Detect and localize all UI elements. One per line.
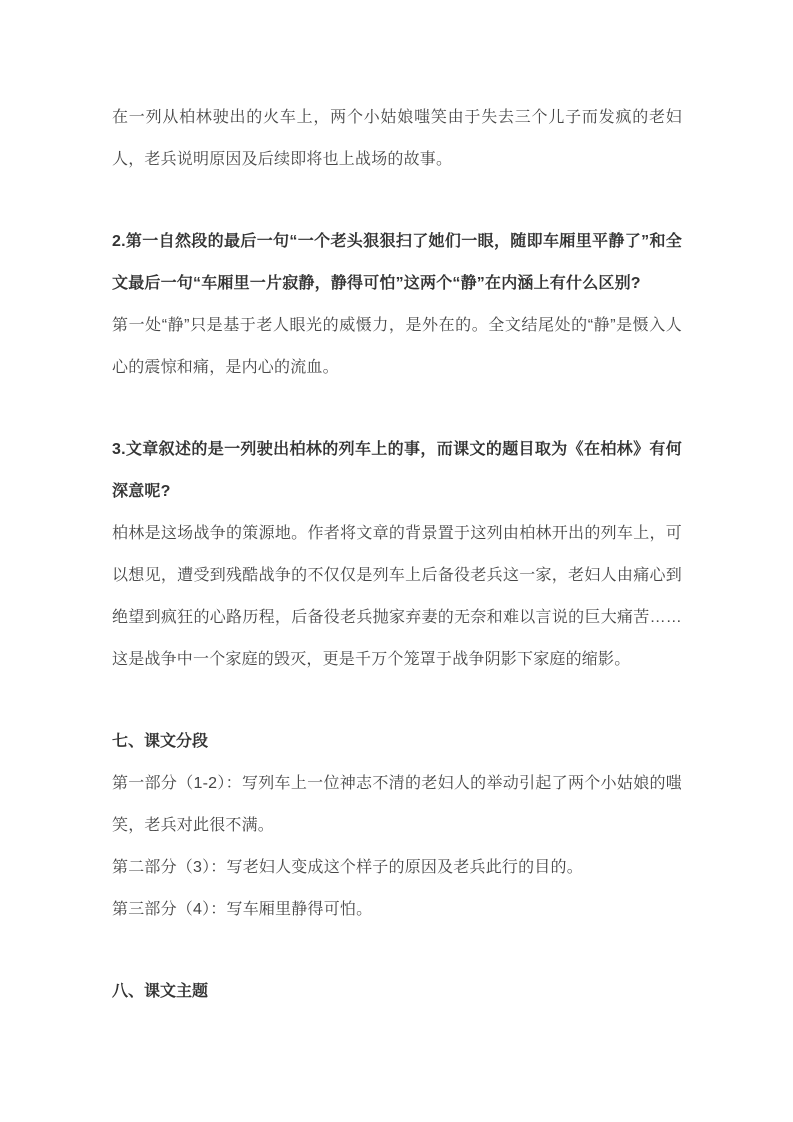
section-8-block: 八、课文主题	[112, 971, 682, 1013]
question-3-text: 3.文章叙述的是一列驶出柏林的列车上的事，而课文的题目取为《在柏林》有何深意呢?	[112, 429, 682, 513]
document-content: 在一列从柏林驶出的火车上，两个小姑娘嗤笑由于失去三个儿子而发疯的老妇人，老兵说明…	[0, 0, 793, 1013]
section-7-part-3: 第三部分（4）：写车厢里静得可怕。	[112, 889, 682, 931]
intro-paragraph-block: 在一列从柏林驶出的火车上，两个小姑娘嗤笑由于失去三个儿子而发疯的老妇人，老兵说明…	[112, 97, 682, 181]
section-8-heading: 八、课文主题	[112, 971, 682, 1013]
question-2-text: 2.第一自然段的最后一句“一个老头狠狠扫了她们一眼，随即车厢里平静了”和全文最后…	[112, 221, 682, 305]
document-page: 在一列从柏林驶出的火车上，两个小姑娘嗤笑由于失去三个儿子而发疯的老妇人，老兵说明…	[0, 0, 793, 1122]
section-7-block: 七、课文分段 第一部分（1-2）：写列车上一位神志不清的老妇人的举动引起了两个小…	[112, 721, 682, 931]
question-2-block: 2.第一自然段的最后一句“一个老头狠狠扫了她们一眼，随即车厢里平静了”和全文最后…	[112, 221, 682, 389]
section-7-part-2: 第二部分（3）：写老妇人变成这个样子的原因及老兵此行的目的。	[112, 847, 682, 889]
section-7-part-1: 第一部分（1-2）：写列车上一位神志不清的老妇人的举动引起了两个小姑娘的嗤笑，老…	[112, 763, 682, 847]
answer-2-text: 第一处“静”只是基于老人眼光的威慑力，是外在的。全文结尾处的“静”是慑入人心的震…	[112, 305, 682, 389]
intro-paragraph: 在一列从柏林驶出的火车上，两个小姑娘嗤笑由于失去三个儿子而发疯的老妇人，老兵说明…	[112, 97, 682, 181]
section-7-heading: 七、课文分段	[112, 721, 682, 763]
question-3-block: 3.文章叙述的是一列驶出柏林的列车上的事，而课文的题目取为《在柏林》有何深意呢?…	[112, 429, 682, 681]
answer-3-text: 柏林是这场战争的策源地。作者将文章的背景置于这列由柏林开出的列车上，可以想见，遭…	[112, 513, 682, 681]
